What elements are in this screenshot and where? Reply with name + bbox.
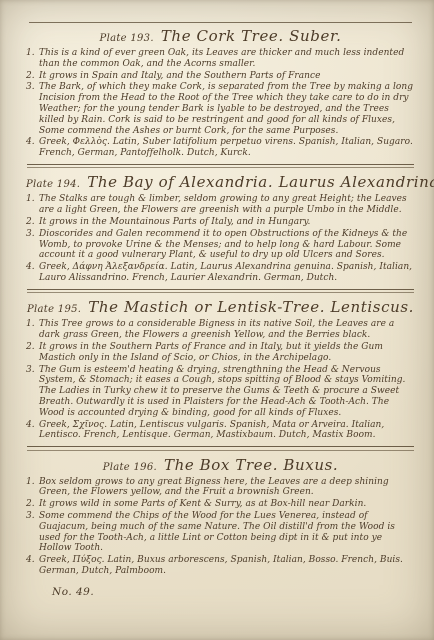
section-name: The Mastich or Lentisk-Tree. Lentiscus. — [88, 298, 414, 316]
item-number: 2. — [26, 217, 39, 228]
item-text: Greek, Πύξος. Latin, Buxus arborescens, … — [39, 555, 415, 577]
item-number: 3. — [26, 511, 39, 554]
item-text: This is a kind of ever green Oak, its Le… — [39, 48, 415, 70]
item-number: 4. — [26, 137, 39, 159]
plate-label: Plate 193. — [100, 33, 154, 44]
section-title: Plate 193.The Cork Tree. Suber. — [26, 26, 415, 45]
section-title: Plate 196.The Box Tree. Buxus. — [26, 455, 415, 474]
plate-label: Plate 196. — [103, 462, 157, 473]
item-number: 1. — [26, 194, 39, 216]
list-item: 4. Greek, Δάφνη Ἀλεξανδρεία. Latin, Laur… — [26, 262, 415, 284]
section-bay-of-alexandria: Plate 194.The Bay of Alexandria. Laurus … — [26, 172, 415, 283]
item-number: 2. — [26, 71, 39, 82]
item-text: It grows in the Southern Parts of France… — [39, 342, 415, 364]
list-item: 2. It grows in Spain and Italy, and the … — [26, 71, 415, 82]
list-item: 2. It grows in the Southern Parts of Fra… — [26, 342, 415, 364]
list-item: 4. Greek, Πύξος. Latin, Buxus arborescen… — [26, 555, 415, 577]
list-item: 1. Box seldom grows to any great Bigness… — [26, 477, 415, 499]
section-title: Plate 195.The Mastich or Lentisk-Tree. L… — [26, 297, 415, 316]
list-item: 2. It grows in the Mountainous Parts of … — [26, 217, 415, 228]
item-number: 2. — [26, 499, 39, 510]
list-item: 3. The Bark, of which they make Cork, is… — [26, 82, 415, 136]
section-name: The Box Tree. Buxus. — [164, 456, 338, 474]
item-number: 3. — [26, 365, 39, 419]
item-text: This Tree grows to a considerable Bignes… — [39, 319, 415, 341]
page-number: No. 49. — [52, 586, 415, 598]
item-text: Dioscorides and Galen recommend it to op… — [39, 229, 415, 261]
item-number: 4. — [26, 262, 39, 284]
section-divider — [27, 164, 414, 169]
item-number: 3. — [26, 229, 39, 261]
item-text: Some commend the Chips of the Wood for t… — [39, 511, 415, 554]
item-number: 4. — [26, 420, 39, 442]
item-text: The Gum is esteem'd heating & drying, st… — [39, 365, 415, 419]
list-item: 1. The Stalks are tough & limber, seldom… — [26, 194, 415, 216]
section-cork-tree: Plate 193.The Cork Tree. Suber. 1. This … — [26, 26, 415, 159]
section-mastich-lentisk-tree: Plate 195.The Mastich or Lentisk-Tree. L… — [26, 297, 415, 441]
item-number: 3. — [26, 82, 39, 136]
item-text: Box seldom grows to any great Bigness he… — [39, 477, 415, 499]
document-page: Plate 193.The Cork Tree. Suber. 1. This … — [0, 0, 434, 640]
list-item: 3. Dioscorides and Galen recommend it to… — [26, 229, 415, 261]
list-item: 1. This Tree grows to a considerable Big… — [26, 319, 415, 341]
list-item: 3. The Gum is esteem'd heating & drying,… — [26, 365, 415, 419]
list-item: 1. This is a kind of ever green Oak, its… — [26, 48, 415, 70]
item-text: It grows in the Mountainous Parts of Ita… — [39, 217, 415, 228]
item-text: Greek, Φελλὸς. Latin, Suber latifolium p… — [39, 137, 415, 159]
section-name: The Cork Tree. Suber. — [161, 27, 342, 45]
list-item: 4. Greek, Φελλὸς. Latin, Suber latifoliu… — [26, 137, 415, 159]
item-number: 1. — [26, 477, 39, 499]
list-item: 3. Some commend the Chips of the Wood fo… — [26, 511, 415, 554]
item-text: It grows in Spain and Italy, and the Sou… — [39, 71, 415, 82]
section-box-tree: Plate 196.The Box Tree. Buxus. 1. Box se… — [26, 455, 415, 577]
item-text: The Stalks are tough & limber, seldom gr… — [39, 194, 415, 216]
item-number: 4. — [26, 555, 39, 577]
section-title: Plate 194.The Bay of Alexandria. Laurus … — [26, 172, 415, 191]
item-number: 2. — [26, 342, 39, 364]
item-text: It grows wild in some Parts of Kent & Su… — [39, 499, 415, 510]
plate-label: Plate 195. — [27, 304, 81, 315]
plate-label: Plate 194. — [26, 179, 80, 190]
item-number: 1. — [26, 48, 39, 70]
section-divider — [27, 446, 414, 451]
list-item: 4. Greek, Σχῖνος. Latin, Lentiscus vulga… — [26, 420, 415, 442]
list-item: 2. It grows wild in some Parts of Kent &… — [26, 499, 415, 510]
item-text: Greek, Σχῖνος. Latin, Lentiscus vulgaris… — [39, 420, 415, 442]
section-divider — [27, 289, 414, 294]
section-name: The Bay of Alexandria. Laurus Alexandrin… — [87, 173, 434, 191]
top-rule — [29, 22, 412, 23]
item-number: 1. — [26, 319, 39, 341]
item-text: Greek, Δάφνη Ἀλεξανδρεία. Latin, Laurus … — [39, 262, 415, 284]
item-text: The Bark, of which they make Cork, is se… — [39, 82, 415, 136]
